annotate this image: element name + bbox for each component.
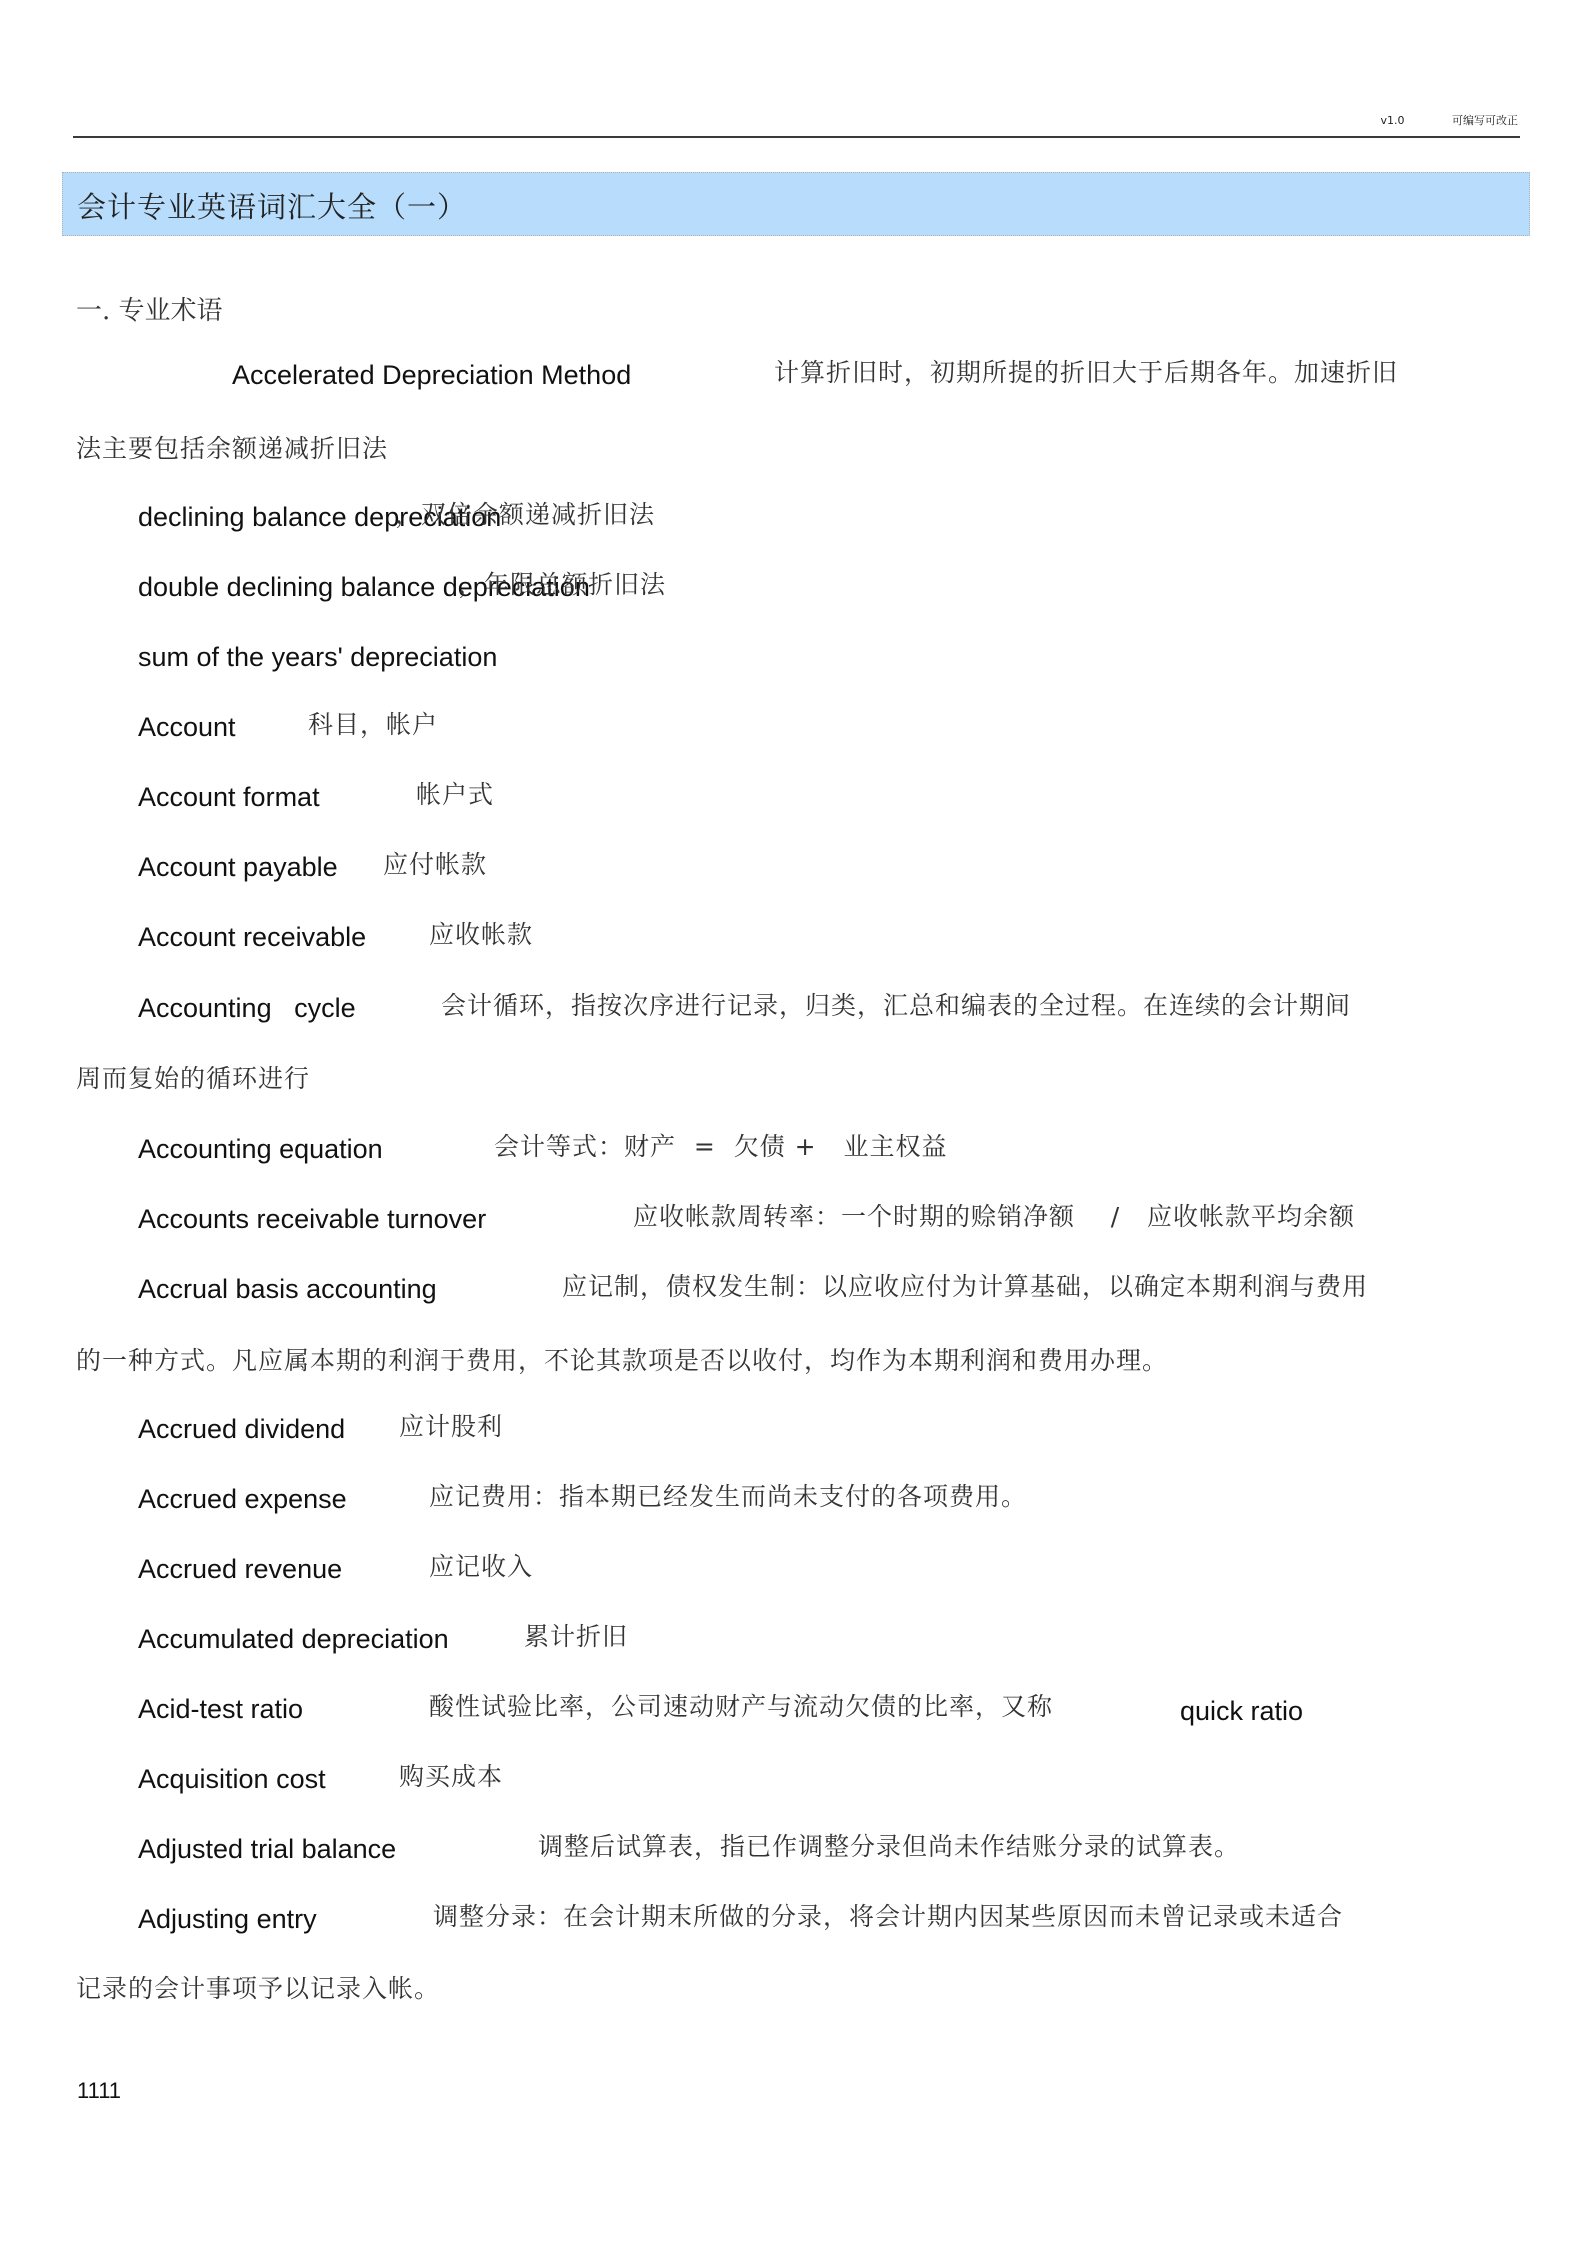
- glossary-entry: Adjusting entry: [138, 1904, 317, 1935]
- entry-continuation: 法主要包括余额递减折旧法: [76, 434, 388, 463]
- glossary-entry: Accrued expense: [138, 1484, 347, 1515]
- glossary-entry-definition: 酸性试验比率，公司速动财产与流动欠债的比率，又称: [429, 1692, 1053, 1722]
- entry-definition: 调整后试算表，指已作调整分录但尚未作结账分录的试算表。: [538, 1832, 1240, 1861]
- glossary-entry-continuation: 法主要包括余额递减折旧法: [76, 434, 388, 464]
- entry-term: Account: [138, 712, 236, 742]
- glossary-entry-definition: 科目，帐户: [308, 710, 438, 740]
- glossary-entry-definition: 会计循环，指按次序进行记录，归类，汇总和编表的全过程。在连续的会计期间: [441, 991, 1351, 1021]
- entry-term: Accrued revenue: [138, 1554, 342, 1584]
- entry-definition: 会计等式：财产 = 欠债 + 业主权益: [494, 1132, 947, 1161]
- version-label: v1.0: [1380, 114, 1404, 127]
- glossary-entry: Account receivable: [138, 922, 366, 953]
- entry-term: Accumulated depreciation: [138, 1624, 449, 1654]
- page-number: 1111: [77, 2078, 121, 2104]
- header-divider: [73, 136, 1520, 138]
- glossary-entry: Accumulated depreciation: [138, 1624, 449, 1655]
- glossary-entry: Acquisition cost: [138, 1764, 326, 1795]
- glossary-entry-definition: ，年限总额折旧法: [458, 570, 666, 600]
- entry-definition: 帐户式: [416, 780, 494, 809]
- entry-term: Acid-test ratio: [138, 1694, 303, 1724]
- glossary-entry-definition: ，双倍余额递减折旧法: [395, 500, 655, 530]
- entry-term: Adjusting entry: [138, 1904, 317, 1934]
- entry-term: Accounting cycle: [138, 993, 356, 1023]
- glossary-entry: Adjusted trial balance: [138, 1834, 396, 1865]
- entry-definition: ，双倍余额递减折旧法: [395, 500, 655, 529]
- glossary-entry: Accrued dividend: [138, 1414, 345, 1445]
- glossary-entry-definition: 计算折旧时，初期所提的折旧大于后期各年。加速折旧: [774, 358, 1398, 388]
- entry-term: Account format: [138, 782, 320, 812]
- entry-term: Adjusted trial balance: [138, 1834, 396, 1864]
- entry-continuation: 周而复始的循环进行: [76, 1064, 310, 1093]
- glossary-entry-definition: 应记制，债权发生制：以应收应付为计算基础，以确定本期利润与费用: [562, 1272, 1368, 1302]
- glossary-entry-continuation: 周而复始的循环进行: [76, 1064, 310, 1094]
- entry-definition: 应记收入: [429, 1552, 533, 1581]
- title-banner: 会计专业英语词汇大全（一）: [62, 172, 1530, 236]
- glossary-entry-definition: 累计折旧: [524, 1622, 628, 1652]
- glossary-entry-continuation: 的一种方式。凡应属本期的利润于费用，不论其款项是否以收付，均作为本期利润和费用办…: [76, 1346, 1168, 1376]
- glossary-entry: Accelerated Depreciation Method: [232, 360, 631, 391]
- entry-definition: 调整分录：在会计期末所做的分录，将会计期内因某些原因而未曾记录或未适合: [433, 1902, 1343, 1931]
- entry-definition: 应收帐款: [429, 920, 533, 949]
- glossary-entry: Account: [138, 712, 236, 743]
- entry-continuation: 记录的会计事项予以记录入帐。: [76, 1974, 440, 2003]
- entry-definition: 应记费用：指本期已经发生而尚未支付的各项费用。: [429, 1482, 1027, 1511]
- entry-definition: 会计循环，指按次序进行记录，归类，汇总和编表的全过程。在连续的会计期间: [441, 991, 1351, 1020]
- glossary-entry: Account payable: [138, 852, 338, 883]
- entry-term: Accrued expense: [138, 1484, 347, 1514]
- entry-term: Account payable: [138, 852, 338, 882]
- glossary-entry-definition: 应计股利: [399, 1412, 503, 1442]
- entry-term: Accounts receivable turnover: [138, 1204, 486, 1234]
- entry-term: sum of the years' depreciation: [138, 642, 497, 672]
- glossary-entry-definition: 应收帐款: [429, 920, 533, 950]
- page-title: 会计专业英语词汇大全（一）: [77, 185, 467, 226]
- glossary-entry: Accounting equation: [138, 1134, 383, 1165]
- glossary-entry-definition: 应付帐款: [383, 850, 487, 880]
- glossary-entry-definition: 应收帐款周转率：一个时期的赊销净额 / 应收帐款平均余额: [633, 1202, 1355, 1232]
- entry-definition: 酸性试验比率，公司速动财产与流动欠债的比率，又称: [429, 1692, 1053, 1721]
- glossary-entry: Accrual basis accounting: [138, 1274, 437, 1305]
- entry-term: Accrued dividend: [138, 1414, 345, 1444]
- entry-definition: 购买成本: [399, 1762, 503, 1791]
- glossary-entry-definition: 会计等式：财产 = 欠债 + 业主权益: [494, 1132, 947, 1162]
- glossary-entry: sum of the years' depreciation: [138, 642, 497, 673]
- entry-continuation: 的一种方式。凡应属本期的利润于费用，不论其款项是否以收付，均作为本期利润和费用办…: [76, 1346, 1168, 1375]
- document-header-meta: v1.0 可编写可改正: [1380, 112, 1518, 128]
- glossary-entry-definition: 应记收入: [429, 1552, 533, 1582]
- editable-note: 可编写可改正: [1452, 114, 1518, 127]
- glossary-entry: Account format: [138, 782, 320, 813]
- glossary-entry: Accounting cycle: [138, 993, 356, 1024]
- entry-term: Account receivable: [138, 922, 366, 952]
- glossary-entry-continuation: 记录的会计事项予以记录入帐。: [76, 1974, 440, 2004]
- glossary-entry: Acid-test ratio: [138, 1694, 303, 1725]
- glossary-entry-definition: 应记费用：指本期已经发生而尚未支付的各项费用。: [429, 1482, 1027, 1512]
- entry-term: Accounting equation: [138, 1134, 383, 1164]
- entry-definition: 应付帐款: [383, 850, 487, 879]
- entry-definition: 累计折旧: [524, 1622, 628, 1651]
- entry-definition: 科目，帐户: [308, 710, 438, 739]
- glossary-entry-definition: 购买成本: [399, 1762, 503, 1792]
- glossary-entry-definition: 调整分录：在会计期末所做的分录，将会计期内因某些原因而未曾记录或未适合: [433, 1902, 1343, 1932]
- entry-definition: 计算折旧时，初期所提的折旧大于后期各年。加速折旧: [774, 358, 1398, 387]
- entry-synonym: quick ratio: [1180, 1696, 1303, 1726]
- entry-definition: 应计股利: [399, 1412, 503, 1441]
- entry-definition: 应记制，债权发生制：以应收应付为计算基础，以确定本期利润与费用: [562, 1272, 1368, 1301]
- glossary-entry-definition: 帐户式: [416, 780, 494, 810]
- entry-term: Accelerated Depreciation Method: [232, 360, 631, 390]
- entry-term: Accrual basis accounting: [138, 1274, 437, 1304]
- glossary-entry: Accrued revenue: [138, 1554, 342, 1585]
- entry-term: Acquisition cost: [138, 1764, 326, 1794]
- glossary-entry-synonym: quick ratio: [1180, 1696, 1303, 1727]
- entry-definition: ，年限总额折旧法: [458, 570, 666, 599]
- glossary-entry-definition: 调整后试算表，指已作调整分录但尚未作结账分录的试算表。: [538, 1832, 1240, 1862]
- section-heading: 一. 专业术语: [76, 290, 223, 327]
- glossary-entry: Accounts receivable turnover: [138, 1204, 486, 1235]
- entry-definition: 应收帐款周转率：一个时期的赊销净额 / 应收帐款平均余额: [633, 1202, 1355, 1231]
